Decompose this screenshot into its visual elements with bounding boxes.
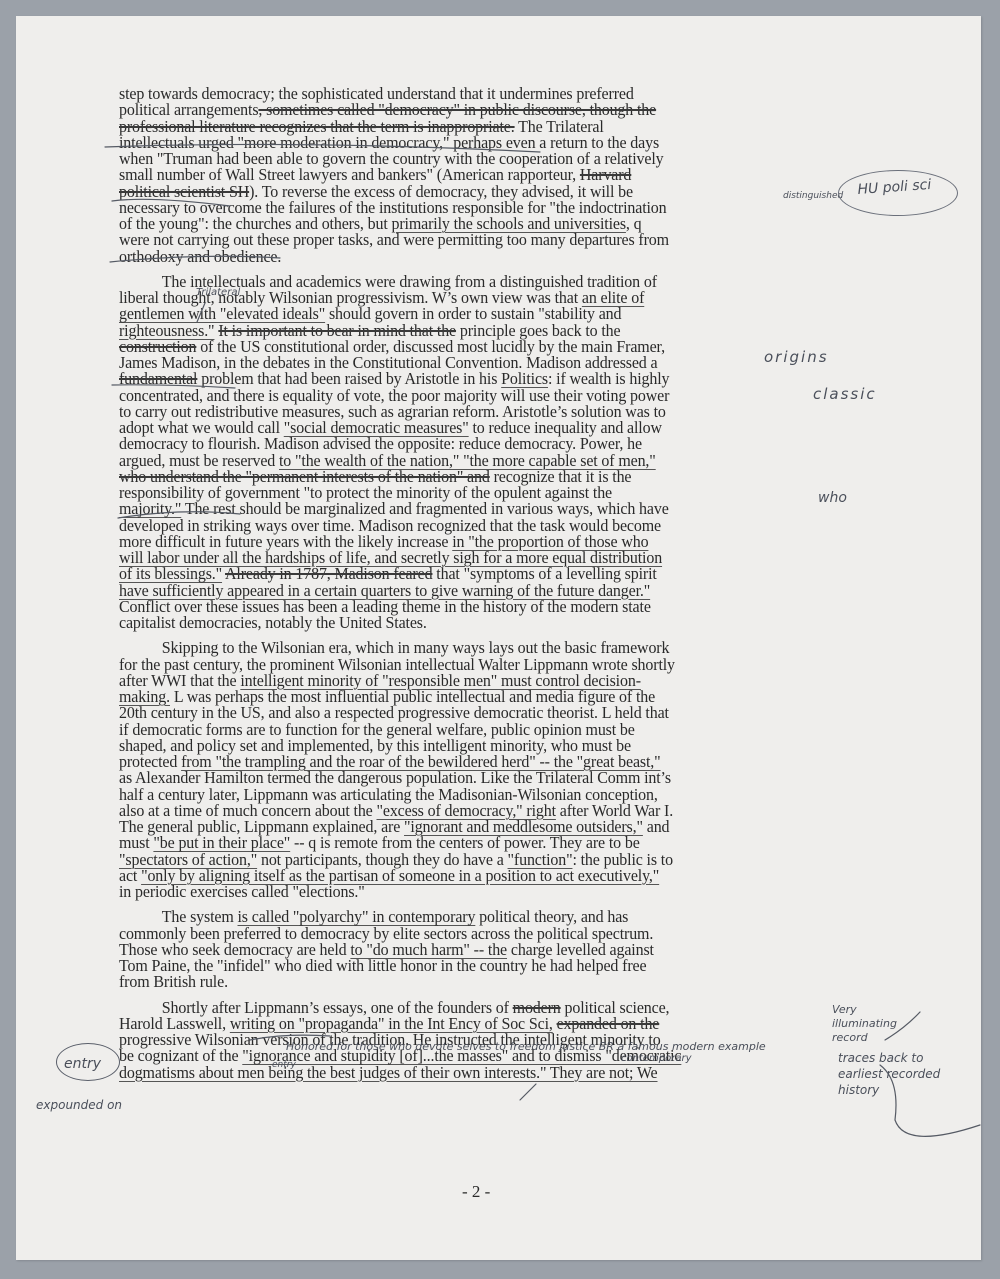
text-segment: orthodoxy and obedience. (119, 247, 281, 266)
text-line: orthodoxy and obedience. (119, 249, 770, 265)
handwritten-note-classic: classic (813, 385, 877, 403)
paragraph-p1: step towards democracy; the sophisticate… (119, 86, 770, 265)
paragraph-p4: The system is called "polyarchy" in cont… (119, 909, 770, 990)
handwritten-circle-hu (838, 170, 958, 216)
text-line: in periodic exercises called "elections.… (119, 884, 770, 900)
page-number: - 2 - (462, 1182, 490, 1202)
handwritten-note-who: who (818, 490, 847, 506)
text-line: from British rule. (119, 974, 770, 990)
handwritten-note-trilateral: Trilateral (196, 287, 240, 298)
text-line: capitalist democracies, notably the Unit… (119, 615, 770, 631)
handwritten-note-traces-back: traces back to earliest recorded history (838, 1050, 948, 1098)
text-segment: from British rule. (119, 972, 228, 991)
text-segment: in periodic exercises called "elections.… (119, 882, 365, 901)
handwritten-note-origins: origins (764, 348, 829, 366)
handwritten-circle-entry (56, 1043, 120, 1081)
text-line: dogmatisms about men being the best judg… (119, 1065, 770, 1081)
handwritten-note-expounded-on: expounded on (36, 1098, 122, 1112)
paragraph-p2: The intellectuals and academics were dra… (119, 274, 770, 632)
handwritten-note-contemporary: contemporary (621, 1053, 692, 1064)
paragraph-p3: Skipping to the Wilsonian era, which in … (119, 640, 770, 900)
document-body: step towards democracy; the sophisticate… (119, 86, 770, 1081)
handwritten-note-very-illuminating: Very illuminating record (832, 1003, 922, 1045)
underlined-text: dogmatisms about men being the best judg… (119, 1063, 658, 1082)
text-segment: capitalist democracies, notably the Unit… (119, 613, 427, 632)
handwritten-note-entry-insert: entry (272, 1060, 296, 1070)
handwritten-note-honored: Honored for those who devote selves to f… (286, 1040, 766, 1053)
handwritten-note-distinguished: distinguished (783, 191, 843, 201)
text-segment: and (643, 817, 670, 836)
